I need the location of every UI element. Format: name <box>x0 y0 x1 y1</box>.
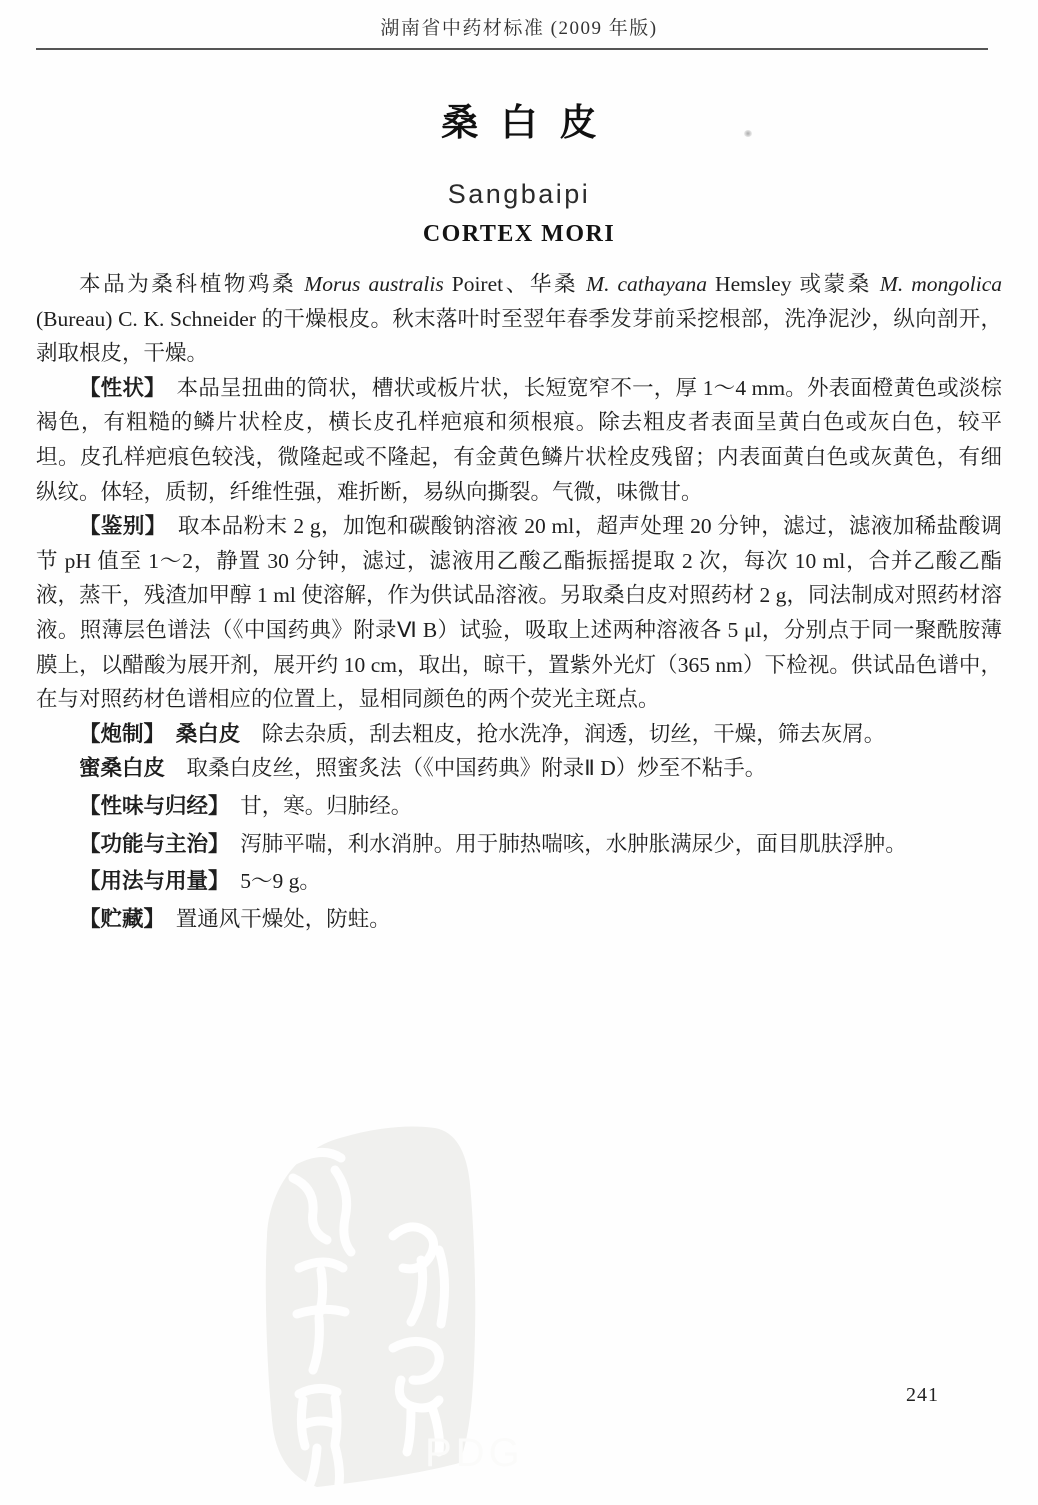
document-page: 湖南省中药材标准 (2009 年版) 桑白皮 Sangbaipi CORTEX … <box>0 0 1038 1505</box>
document-paragraph-paozhi: 【炮制】 桑白皮 除去杂质，刮去粗皮，抢水洗净，润透，切丝，干燥，筛去灰屑。 <box>36 717 1002 752</box>
page-title: 桑白皮 <box>0 92 1038 146</box>
title-latin: CORTEX MORI <box>0 221 1038 248</box>
running-header: 湖南省中药材标准 (2009 年版) <box>0 13 1038 40</box>
header-rule <box>36 48 988 50</box>
watermark-seal: PDG <box>243 1118 548 1496</box>
scan-artifact <box>744 130 752 137</box>
document-paragraph-xingwei: 【性味与归经】 甘，寒。归肺经。 <box>36 789 1002 824</box>
document-paragraph-origin: 本品为桑科植物鸡桑 Morus australis Poiret、华桑 M. c… <box>36 267 1002 371</box>
document-paragraph-xingzhuang: 【性状】 本品呈扭曲的筒状，槽状或板片状，长短宽窄不一，厚 1～4 mm。外表面… <box>36 371 1002 509</box>
watermark-label: PDG <box>425 1431 524 1475</box>
document-paragraph-jianbie: 【鉴别】 取本品粉末 2 g，加饱和碳酸钠溶液 20 ml，超声处理 20 分钟… <box>36 509 1002 717</box>
document-paragraph-gongneng: 【功能与主治】 泻肺平喘，利水消肿。用于肺热喘咳，水肿胀满尿少，面目肌肤浮肿。 <box>36 827 1002 862</box>
document-paragraph-zhucang: 【贮藏】 置通风干燥处，防蛀。 <box>36 902 1002 937</box>
document-paragraph-yongfa: 【用法与用量】 5～9 g。 <box>36 864 1002 899</box>
body-content: 本品为桑科植物鸡桑 Morus australis Poiret、华桑 M. c… <box>36 267 1002 936</box>
page-number: 241 <box>906 1384 939 1407</box>
document-paragraph-paozhi-mi: 蜜桑白皮 取桑白皮丝，照蜜炙法（《中国药典》附录Ⅱ D）炒至不粘手。 <box>36 751 1002 786</box>
title-pinyin: Sangbaipi <box>0 179 1038 210</box>
